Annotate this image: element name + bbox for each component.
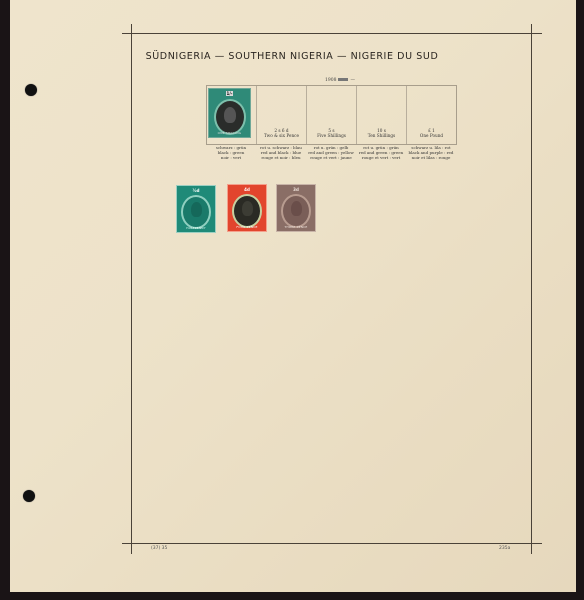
color-desc-5: schwarz u. lila : rot black and purple :… xyxy=(406,145,456,161)
binder-hole-top xyxy=(25,84,37,96)
year-marker xyxy=(338,78,348,81)
footer-left-code: (37) 35 xyxy=(151,546,167,551)
color-desc-1: schwarz : grün black : green noir : vert xyxy=(206,145,256,161)
denomination-name: Two & six Pence xyxy=(264,133,299,138)
color-descriptions: schwarz : grün black : green noir : vert… xyxy=(206,145,456,161)
stamp-halfpenny: ½d HALFPENNY xyxy=(176,185,216,233)
binder-hole-bottom xyxy=(23,490,35,502)
frame-top-line xyxy=(122,33,542,34)
stamp-four-pence: 4d FOUR PENCE xyxy=(227,184,267,232)
stamp-space-2: 2 s 6 d Two & six Pence xyxy=(257,86,307,144)
portrait-head xyxy=(242,201,253,216)
frame-bottom-line xyxy=(122,543,542,544)
denomination-name: Ten Shillings xyxy=(368,133,395,138)
portrait-head xyxy=(224,107,236,123)
frame-left-line xyxy=(131,24,132,554)
color-desc-2: rot u. schwarz : blau red and black : bl… xyxy=(256,145,306,161)
stamp-space-3: 5 s Five Shillings xyxy=(307,86,357,144)
issue-year: 1908 xyxy=(325,78,336,83)
portrait-head xyxy=(191,202,202,217)
stamp-one-shilling: 1/- ONE SHILLING xyxy=(208,88,251,138)
footer-page-number: 235a xyxy=(499,546,510,551)
stamp-space-5: £ 1 One Pound xyxy=(407,86,456,144)
page-title: SÜDNIGERIA — SOUTHERN NIGERIA — NIGERIE … xyxy=(0,51,584,62)
color-desc-3: rot u. grün : gelb red and green : yello… xyxy=(306,145,356,161)
stamp-three-pence: 3d THREE PENCE xyxy=(276,184,316,232)
frame-right-line xyxy=(531,24,532,554)
stamp-space-4: 10 s Ten Shillings xyxy=(357,86,407,144)
portrait-head xyxy=(291,201,302,216)
issue-year-label: 1908— xyxy=(300,78,380,83)
color-desc-4: rot u. grün : grün red and green : green… xyxy=(356,145,406,161)
denomination-name: Five Shillings xyxy=(317,133,346,138)
denomination-name: One Pound xyxy=(420,133,443,138)
